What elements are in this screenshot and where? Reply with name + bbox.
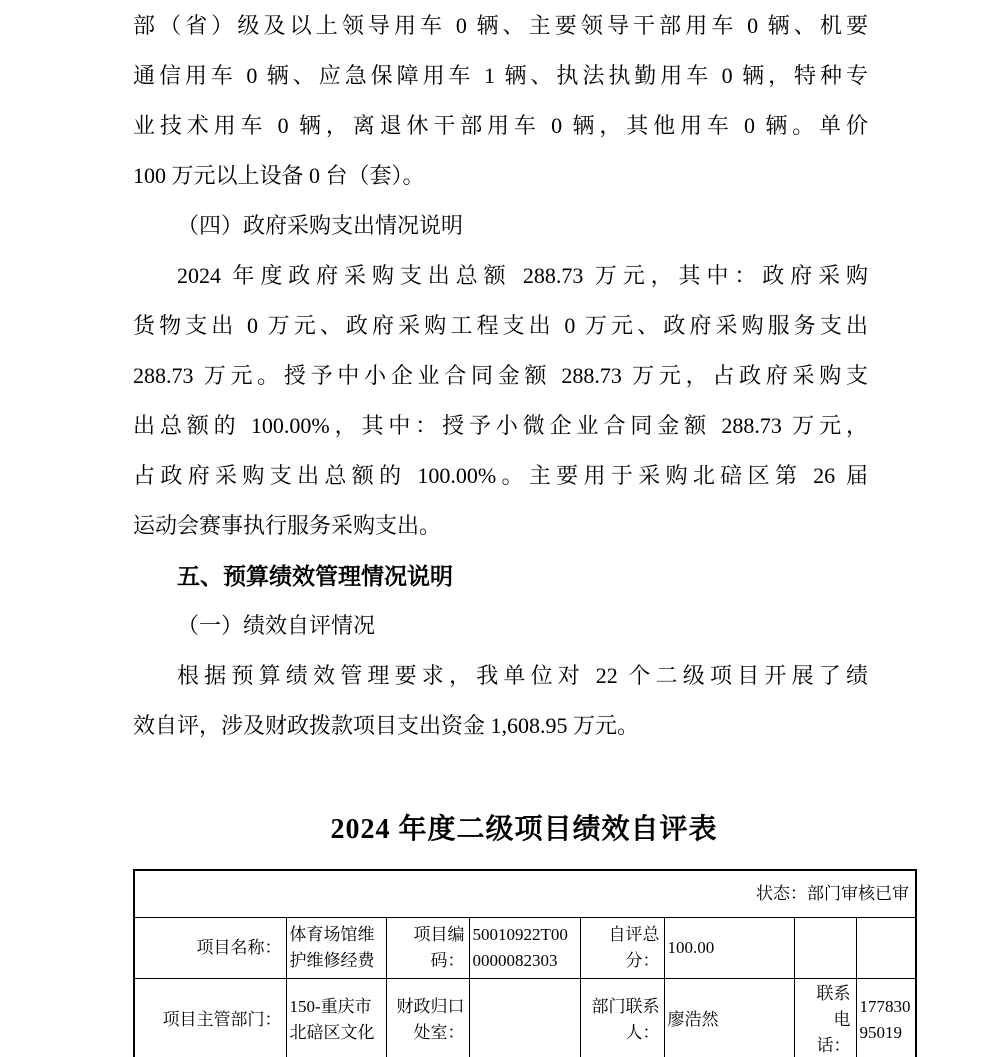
document-line: 货物支出 0 万元、政府采购工程支出 0 万元、政府采购服务支出	[133, 301, 868, 351]
document-line: 效自评，涉及财政拨款项目支出资金 1,608.95 万元。	[133, 701, 868, 751]
document-line: 业技术用车 0 辆，离退休干部用车 0 辆，其他用车 0 辆。单价	[133, 101, 868, 151]
department-row: 项目主管部门：150-重庆市北碚区文化财政归口处室：部门联系人：廖浩然联系电话：…	[134, 978, 916, 1057]
document-line: 通信用车 0 辆、应急保障用车 1 辆、执法执勤用车 0 辆，特种专	[133, 51, 868, 101]
finance-office-value	[469, 978, 580, 1057]
self-eval-table-body: 状态：部门审核已审项目名称：体育场馆维护维修经费项目编码：50010922T00…	[134, 870, 916, 1057]
document-line: （一）绩效自评情况	[133, 601, 868, 651]
document-line: 占政府采购支出总额的 100.00%。主要用于采购北碚区第 26 届	[133, 451, 868, 501]
status-row: 状态：部门审核已审	[134, 870, 916, 917]
empty-cell-1	[794, 917, 856, 978]
project-code-value: 50010922T000000082303	[469, 917, 580, 978]
document-body: 部（省）级及以上领导用车 0 辆、主要领导干部用车 0 辆、机要通信用车 0 辆…	[133, 1, 868, 751]
document-line: 部（省）级及以上领导用车 0 辆、主要领导干部用车 0 辆、机要	[133, 1, 868, 51]
status-cell: 状态：部门审核已审	[134, 870, 916, 917]
self-eval-table: 状态：部门审核已审项目名称：体育场馆维护维修经费项目编码：50010922T00…	[133, 869, 917, 1057]
contact-person-label: 部门联系人：	[580, 978, 664, 1057]
section-heading: 五、预算绩效管理情况说明	[133, 551, 868, 601]
document-line: （四）政府采购支出情况说明	[133, 201, 868, 251]
contact-person-value: 廖浩然	[664, 978, 794, 1057]
contact-phone-label: 联系电话：	[794, 978, 856, 1057]
self-eval-score-value: 100.00	[664, 917, 794, 978]
document-line: 100 万元以上设备 0 台（套）。	[133, 151, 868, 201]
project-name-label: 项目名称：	[134, 917, 286, 978]
project-code-label: 项目编码：	[386, 917, 469, 978]
document-line: 2024 年度政府采购支出总额 288.73 万元，其中：政府采购	[133, 251, 868, 301]
competent-department-label: 项目主管部门：	[134, 978, 286, 1057]
document-line: 288.73 万元。授予中小企业合同金额 288.73 万元，占政府采购支	[133, 351, 868, 401]
document-line: 出总额的 100.00%，其中：授予小微企业合同金额 288.73 万元，	[133, 401, 868, 451]
project-name-value: 体育场馆维护维修经费	[286, 917, 386, 978]
document-line: 运动会赛事执行服务采购支出。	[133, 501, 868, 551]
competent-department-value: 150-重庆市北碚区文化	[286, 978, 386, 1057]
document-line: 根据预算绩效管理要求，我单位对 22 个二级项目开展了绩	[133, 651, 868, 701]
self-eval-score-label: 自评总分：	[580, 917, 664, 978]
empty-cell-2	[856, 917, 916, 978]
contact-phone-value: 17783095019	[856, 978, 916, 1057]
table-title: 2024 年度二级项目绩效自评表	[133, 805, 915, 855]
document-page: 部（省）级及以上领导用车 0 辆、主要领导干部用车 0 辆、机要通信用车 0 辆…	[0, 0, 1000, 1057]
finance-office-label: 财政归口处室：	[386, 978, 469, 1057]
project-row: 项目名称：体育场馆维护维修经费项目编码：50010922T00000008230…	[134, 917, 916, 978]
